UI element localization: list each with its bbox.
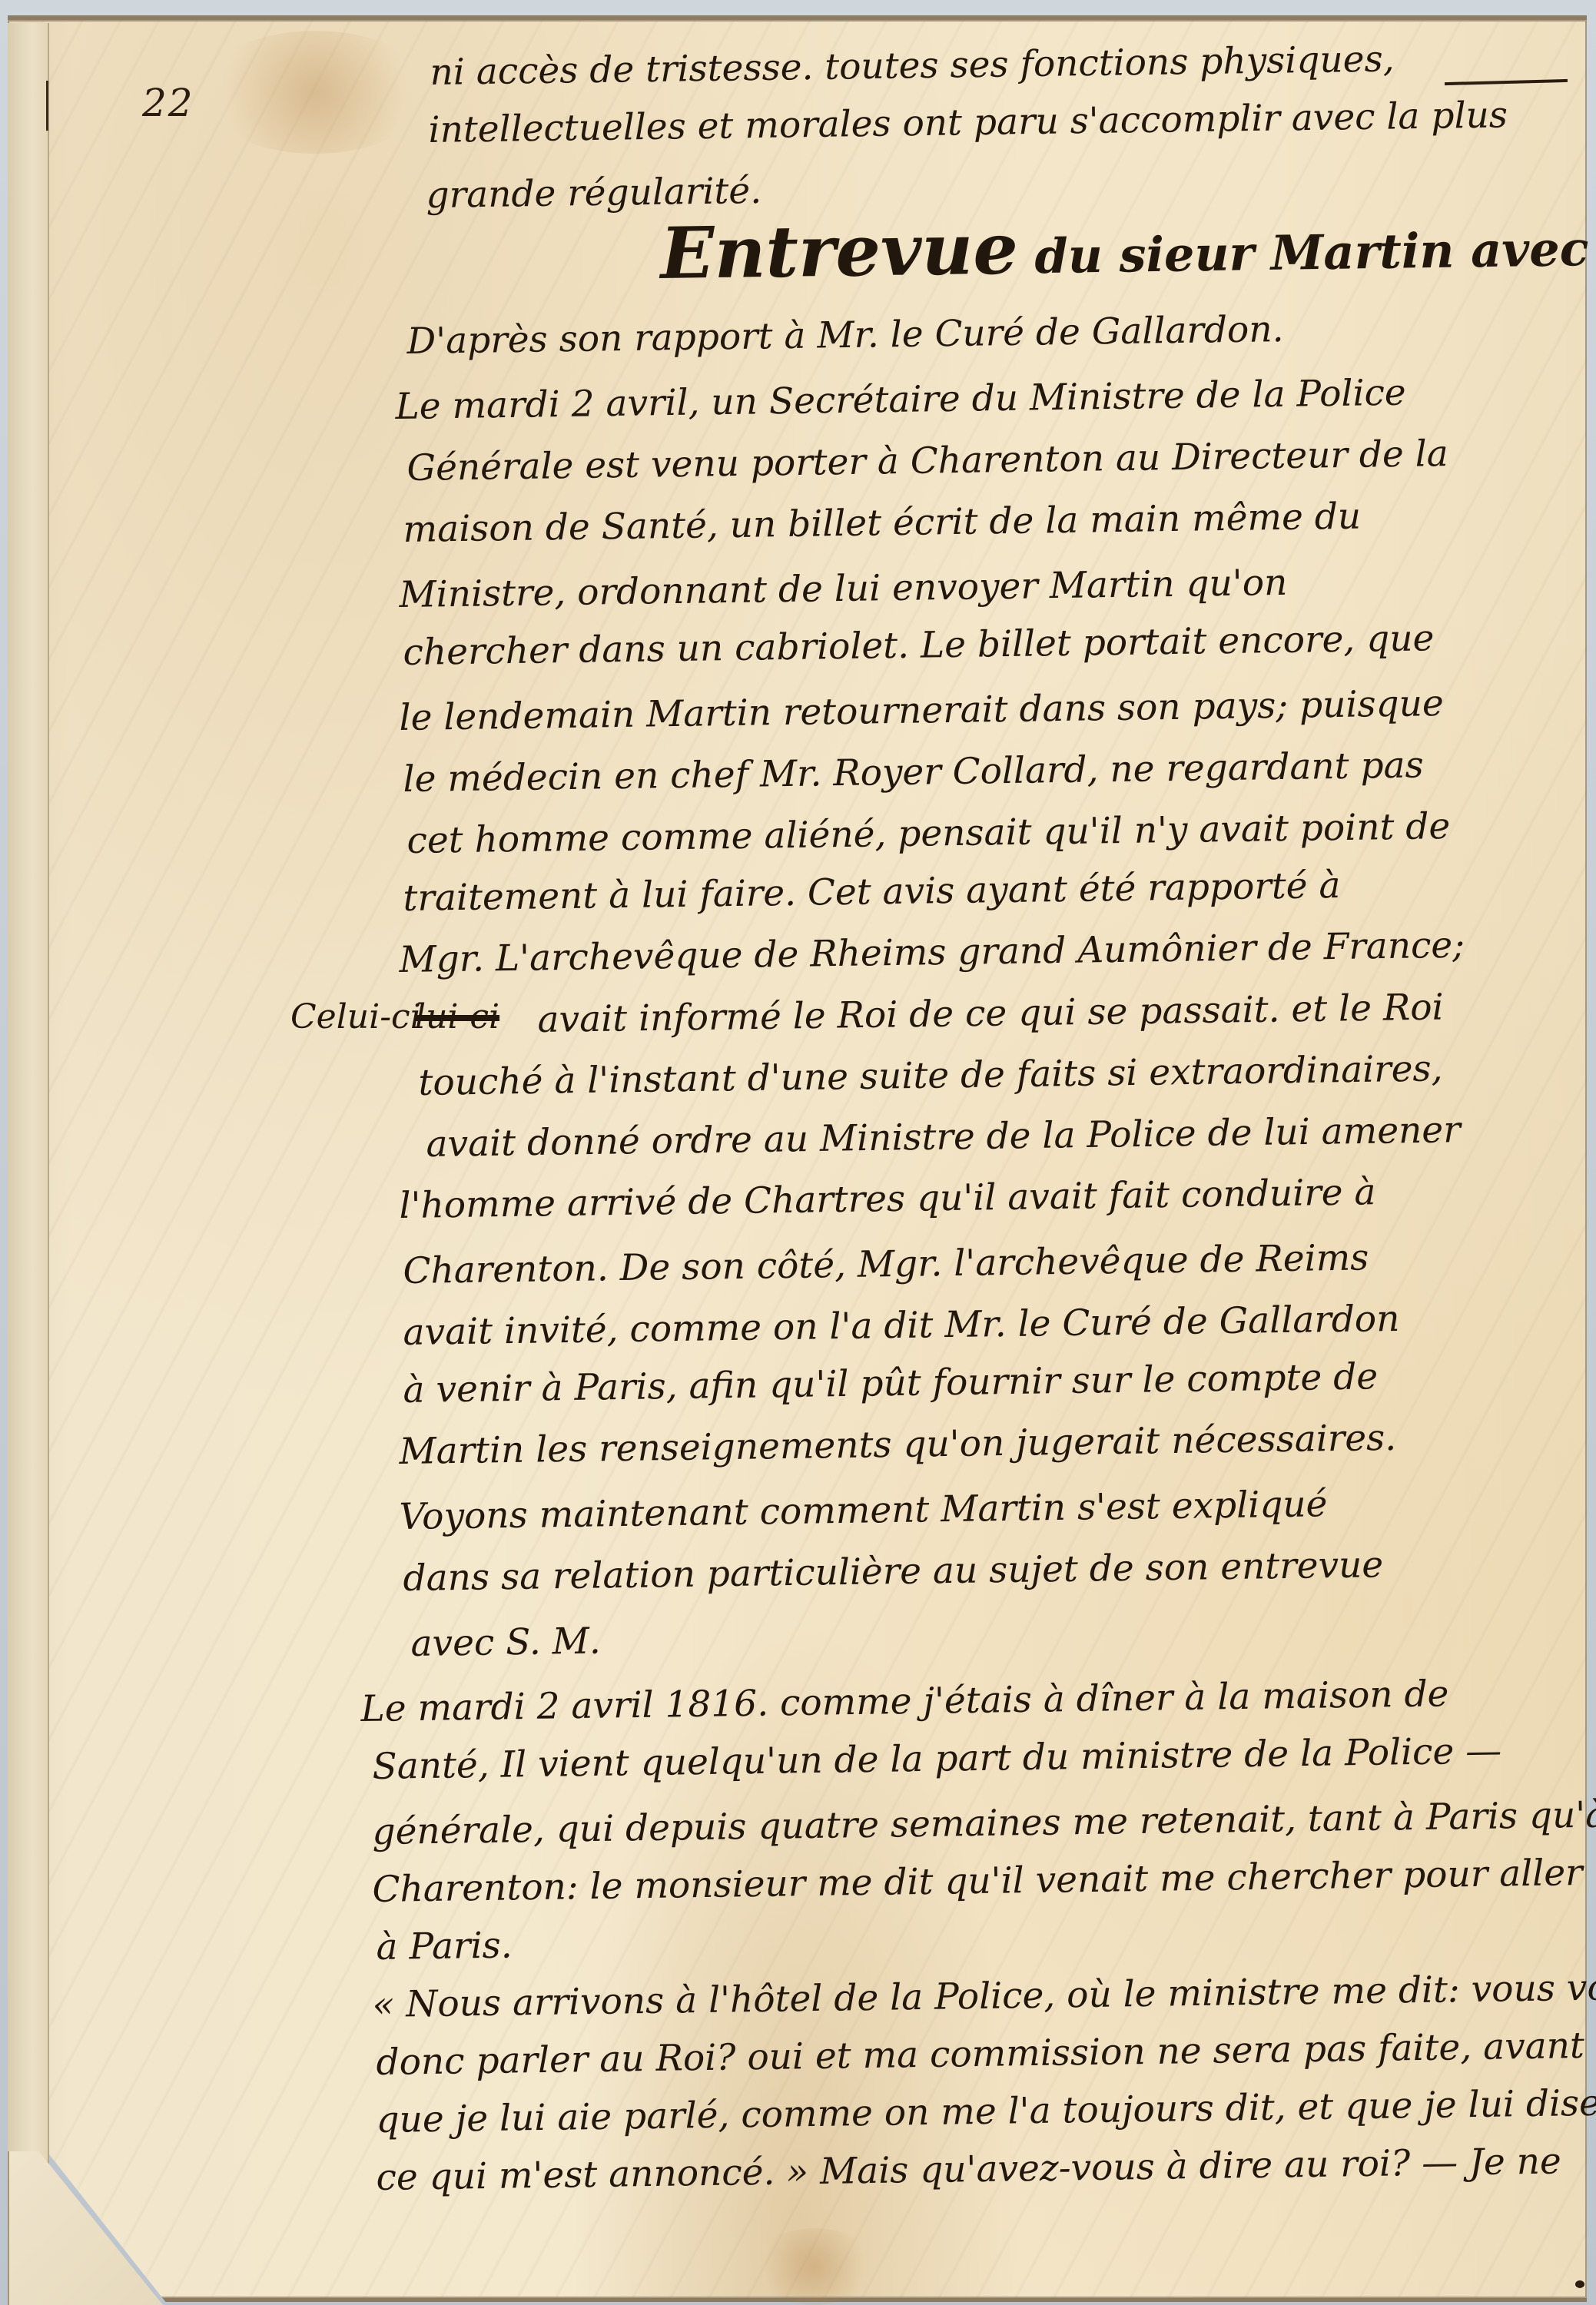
page-number: 22: [142, 81, 194, 125]
heading-lead-word: Entrevue: [660, 207, 1019, 295]
heading-rest: du sieur Martin avec Sa Majesté: [1034, 217, 1596, 285]
manuscript-line: à Paris.: [376, 1923, 513, 1971]
margin-insertion: Celui-ci: [290, 997, 421, 1036]
foxing-stain: [200, 31, 430, 154]
binding-strip: [8, 23, 49, 2290]
manuscript-line: avec S. M.: [410, 1619, 601, 1667]
section-heading: Entrevue du sieur Martin avec Sa Majesté: [660, 214, 1596, 285]
foxing-stain: [753, 2228, 876, 2305]
ink-dot: [1575, 2280, 1584, 2288]
margin-rule: [46, 81, 48, 131]
struck-through-word: lui-ci: [415, 997, 499, 1036]
